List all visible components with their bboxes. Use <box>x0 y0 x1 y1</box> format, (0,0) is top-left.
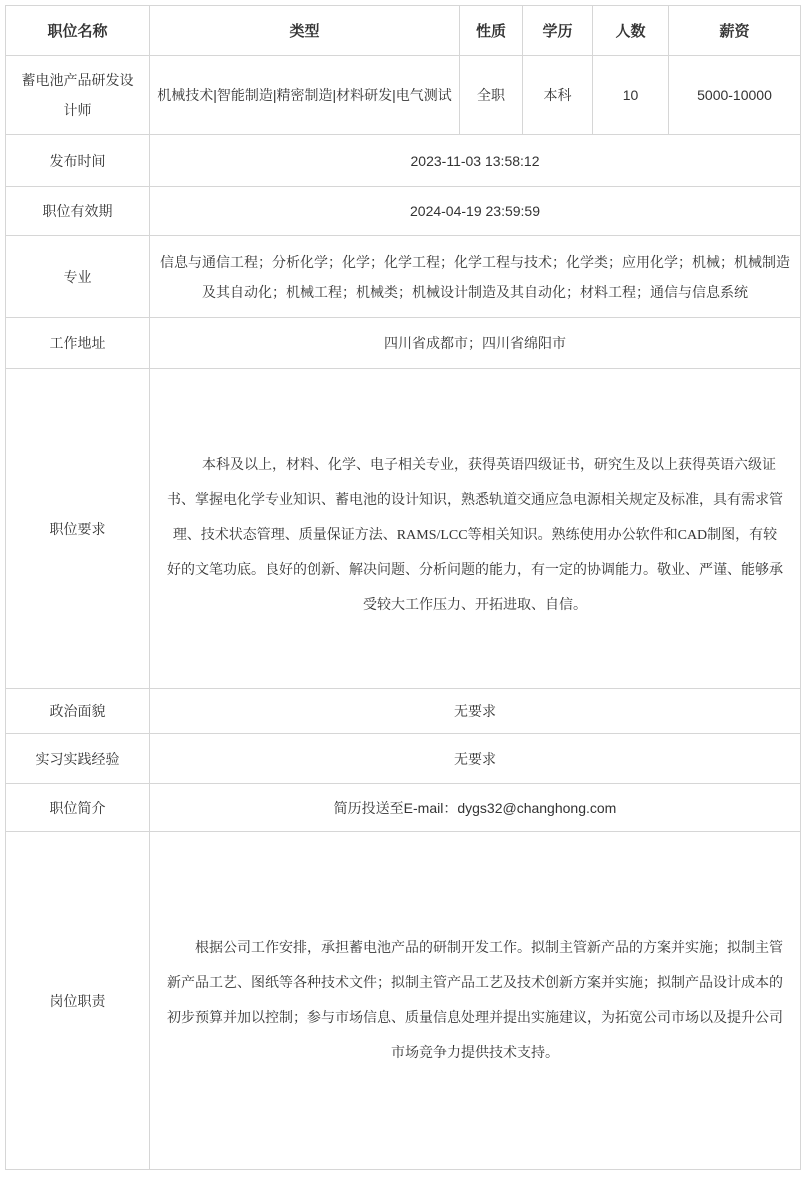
internship-label: 实习实践经验 <box>6 734 150 784</box>
internship-value: 无要求 <box>150 734 801 784</box>
header-row: 职位名称 类型 性质 学历 人数 薪资 <box>6 6 801 56</box>
col-header-education: 学历 <box>523 6 593 56</box>
job-headcount: 10 <box>593 56 669 135</box>
col-header-salary: 薪资 <box>669 6 801 56</box>
publish-time-label: 发布时间 <box>6 135 150 187</box>
work-address-value: 四川省成都市；四川省绵阳市 <box>150 318 801 369</box>
internship-row: 实习实践经验 无要求 <box>6 734 801 784</box>
job-intro-value: 简历投送至E-mail：dygs32@changhong.com <box>150 784 801 832</box>
majors-value: 信息与通信工程；分析化学；化学；化学工程；化学工程与技术；化学类；应用化学；机械… <box>150 236 801 318</box>
job-detail-page: 职位名称 类型 性质 学历 人数 薪资 蓄电池产品研发设计师 机械技术|智能制造… <box>0 0 808 1180</box>
job-type: 机械技术|智能制造|精密制造|材料研发|电气测试 <box>150 56 460 135</box>
valid-until-label: 职位有效期 <box>6 187 150 236</box>
col-header-nature: 性质 <box>460 6 523 56</box>
job-salary: 5000-10000 <box>669 56 801 135</box>
col-header-headcount: 人数 <box>593 6 669 56</box>
majors-label: 专业 <box>6 236 150 318</box>
work-address-row: 工作地址 四川省成都市；四川省绵阳市 <box>6 318 801 369</box>
job-education: 本科 <box>523 56 593 135</box>
publish-time-value: 2023-11-03 13:58:12 <box>150 135 801 187</box>
publish-time-row: 发布时间 2023-11-03 13:58:12 <box>6 135 801 187</box>
job-detail-table: 职位名称 类型 性质 学历 人数 薪资 蓄电池产品研发设计师 机械技术|智能制造… <box>5 5 801 1170</box>
requirements-value: 本科及以上，材料、化学、电子相关专业，获得英语四级证书，研究生及以上获得英语六级… <box>150 369 801 689</box>
job-summary-row: 蓄电池产品研发设计师 机械技术|智能制造|精密制造|材料研发|电气测试 全职 本… <box>6 56 801 135</box>
duties-value: 根据公司工作安排，承担蓄电池产品的研制开发工作。拟制主管新产品的方案并实施；拟制… <box>150 832 801 1170</box>
political-status-value: 无要求 <box>150 689 801 734</box>
majors-row: 专业 信息与通信工程；分析化学；化学；化学工程；化学工程与技术；化学类；应用化学… <box>6 236 801 318</box>
job-intro-row: 职位简介 简历投送至E-mail：dygs32@changhong.com <box>6 784 801 832</box>
duties-row: 岗位职责 根据公司工作安排，承担蓄电池产品的研制开发工作。拟制主管新产品的方案并… <box>6 832 801 1170</box>
valid-until-value: 2024-04-19 23:59:59 <box>150 187 801 236</box>
valid-until-row: 职位有效期 2024-04-19 23:59:59 <box>6 187 801 236</box>
job-nature: 全职 <box>460 56 523 135</box>
requirements-row: 职位要求 本科及以上，材料、化学、电子相关专业，获得英语四级证书，研究生及以上获… <box>6 369 801 689</box>
political-status-row: 政治面貌 无要求 <box>6 689 801 734</box>
duties-label: 岗位职责 <box>6 832 150 1170</box>
job-title: 蓄电池产品研发设计师 <box>6 56 150 135</box>
work-address-label: 工作地址 <box>6 318 150 369</box>
col-header-type: 类型 <box>150 6 460 56</box>
requirements-label: 职位要求 <box>6 369 150 689</box>
job-intro-label: 职位简介 <box>6 784 150 832</box>
political-status-label: 政治面貌 <box>6 689 150 734</box>
col-header-position-name: 职位名称 <box>6 6 150 56</box>
